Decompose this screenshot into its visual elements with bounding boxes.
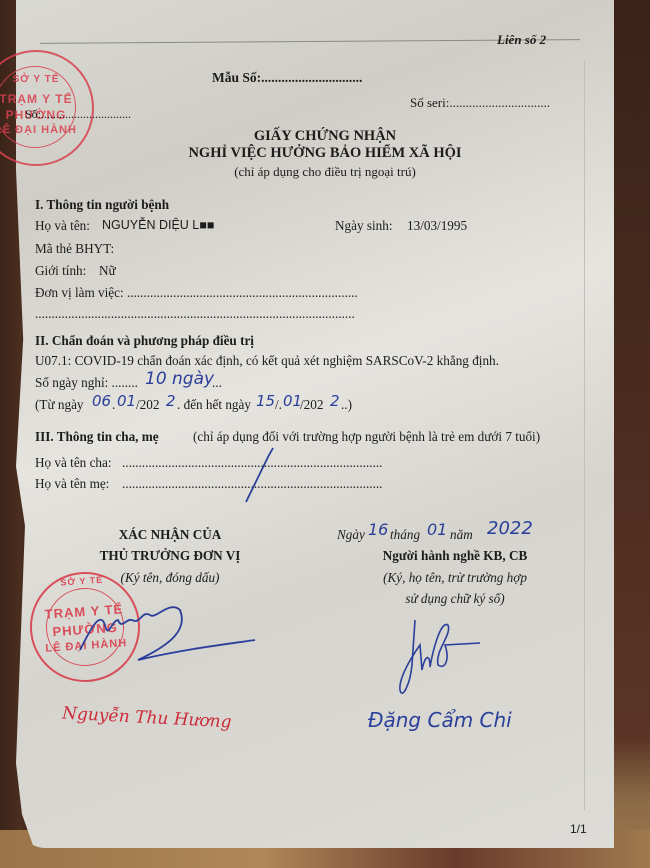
- section2-heading: II. Chẩn đoán và phương pháp điều trị: [35, 333, 254, 349]
- date-month-label: tháng: [390, 527, 420, 543]
- from-day: 06: [92, 392, 111, 410]
- gender-value: Nữ: [99, 263, 116, 279]
- from-year-hand: 2: [166, 392, 176, 410]
- to-date-label: . đến hết ngày: [177, 397, 251, 413]
- confirm-title1: XÁC NHẬN CỦA: [0, 527, 340, 543]
- document-number: Số:..............................: [25, 107, 131, 122]
- from-year-printed: /202: [136, 397, 159, 413]
- subtitle: (chỉ áp dụng cho điều trị ngoại trú): [0, 164, 650, 180]
- serial-number: Số seri:...............................: [410, 95, 550, 111]
- workplace-label: Đơn vị làm việc: .......................…: [35, 285, 358, 301]
- date-day: 16: [368, 520, 388, 539]
- doctor-note2: sử dụng chữ ký số): [330, 591, 580, 607]
- doctor-note1: (Ký, họ tên, trừ trường hợp: [330, 570, 580, 586]
- to-year-hand: 2: [330, 392, 340, 410]
- from-date-prefix: (Từ ngày: [35, 397, 84, 413]
- to-day: 15: [256, 392, 275, 410]
- copy-label: Liên số 2: [497, 32, 546, 48]
- date-year-label: năm: [450, 527, 473, 543]
- section3-heading: III. Thông tin cha, mẹ: [35, 429, 159, 445]
- to-year-printed: /202: [300, 397, 323, 413]
- section3-note: (chỉ áp dụng đối với trường hợp người bệ…: [193, 429, 540, 445]
- date-prefix: Ngày: [337, 527, 365, 543]
- form-number: Mẫu Số:..............................: [212, 70, 362, 86]
- dob-label: Ngày sinh:: [335, 218, 393, 234]
- father-name-label: Họ và tên cha:: [35, 455, 112, 471]
- doctor-name: Đặng Cẩm Chi: [368, 708, 512, 732]
- mother-name-label: Họ và tên mẹ:: [35, 476, 109, 492]
- doctor-title: Người hành nghề KB, CB: [330, 548, 580, 564]
- dob-value: 13/03/1995: [407, 218, 467, 234]
- title-line2: NGHỈ VIỆC HƯỞNG BẢO HIỂM XÃ HỘI: [0, 145, 650, 162]
- patient-name-label: Họ và tên:: [35, 218, 90, 234]
- to-date-suffix: ..): [341, 397, 352, 413]
- strike-mark: [240, 445, 280, 505]
- section1-heading: I. Thông tin người bệnh: [35, 197, 169, 213]
- page-number: 1/1: [570, 822, 587, 836]
- patient-name-value: NGUYỄN DIỆU L■■: [102, 218, 214, 232]
- confirm-title2: THỦ TRƯỞNG ĐƠN VỊ: [0, 548, 340, 564]
- workplace-line2: ........................................…: [35, 306, 355, 322]
- diagnosis-text: U07.1: COVID-19 chẩn đoán xác định, có k…: [35, 353, 499, 369]
- days-off-label: Số ngày nghỉ: ........: [35, 375, 138, 391]
- title-line1: GIẤY CHỨNG NHẬN: [0, 128, 650, 145]
- days-off-suffix: ...: [212, 375, 222, 391]
- doctor-signature: [390, 615, 480, 705]
- date-year: 2022: [487, 518, 533, 539]
- insurance-label: Mã thẻ BHYT:: [35, 241, 114, 257]
- date-month: 01: [427, 520, 447, 539]
- manager-signature: [60, 590, 260, 670]
- days-off-value: 10 ngày: [145, 369, 214, 389]
- from-month: 01: [117, 392, 136, 410]
- gender-label: Giới tính:: [35, 263, 86, 279]
